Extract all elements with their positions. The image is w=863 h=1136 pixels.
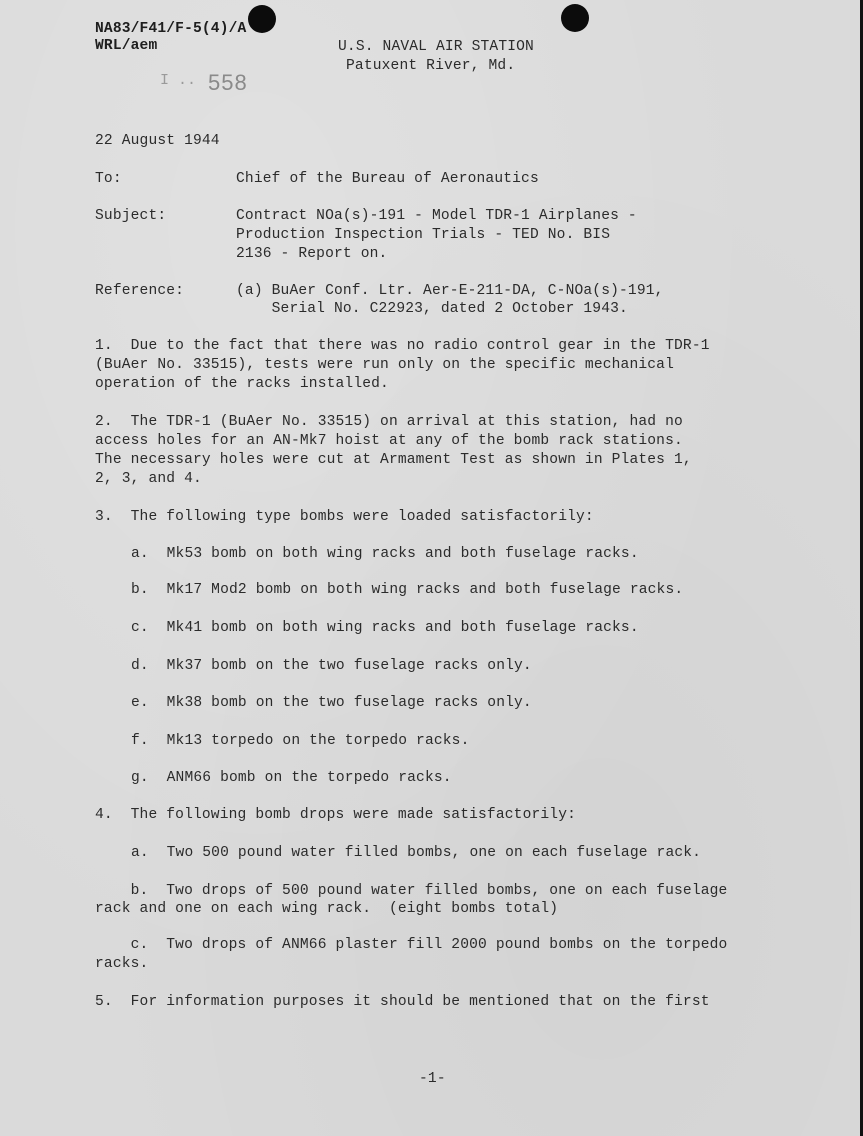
bomb-load-item: d. Mk37 bomb on the two fuselage racks o… <box>131 657 532 676</box>
paragraph-4-intro: 4. The following bomb drops were made sa… <box>95 806 576 825</box>
bomb-load-item: b. Mk17 Mod2 bomb on both wing racks and… <box>131 581 683 600</box>
station-location: Patuxent River, Md. <box>346 57 515 76</box>
reference-line: (a) BuAer Conf. Ltr. Aer-E-211-DA, C-NOa… <box>236 282 664 301</box>
bomb-load-item: e. Mk38 bomb on the two fuselage racks o… <box>131 694 532 713</box>
reference-label: Reference: <box>95 282 184 301</box>
subject-line: Contract NOa(s)-191 - Model TDR-1 Airpla… <box>236 207 637 226</box>
paragraph-3-intro: 3. The following type bombs were loaded … <box>95 508 594 527</box>
bomb-load-item: f. Mk13 torpedo on the torpedo racks. <box>131 732 470 751</box>
station-name: U.S. NAVAL AIR STATION <box>338 38 534 57</box>
paragraph-2-line: 2, 3, and 4. <box>95 470 202 489</box>
subject-line: 2136 - Report on. <box>236 245 387 264</box>
bomb-drop-item-c: c. Two drops of ANM66 plaster fill 2000 … <box>95 936 727 955</box>
bomb-load-item: a. Mk53 bomb on both wing racks and both… <box>131 545 639 564</box>
bomb-drop-item-b: rack and one on each wing rack. (eight b… <box>95 900 558 919</box>
letter-date: 22 August 1944 <box>95 132 220 151</box>
reference-line: Serial No. C22923, dated 2 October 1943. <box>236 300 628 319</box>
bomb-load-item: c. Mk41 bomb on both wing racks and both… <box>131 619 639 638</box>
paragraph-2-line: 2. The TDR-1 (BuAer No. 33515) on arriva… <box>95 413 683 432</box>
stamp-number: 558 <box>208 70 248 96</box>
to-value: Chief of the Bureau of Aeronautics <box>236 170 539 189</box>
bomb-load-item: g. ANM66 bomb on the torpedo racks. <box>131 769 452 788</box>
punch-hole-right <box>561 4 589 32</box>
paragraph-5-line: 5. For information purposes it should be… <box>95 993 710 1012</box>
bomb-drop-item-a: a. Two 500 pound water filled bombs, one… <box>131 844 701 863</box>
bomb-drop-item-c: racks. <box>95 955 148 974</box>
paragraph-1-line: 1. Due to the fact that there was no rad… <box>95 337 710 356</box>
page-number: -1- <box>419 1070 446 1089</box>
bomb-drop-item-b: b. Two drops of 500 pound water filled b… <box>95 882 727 901</box>
typist-initials: WRL/aem <box>95 37 157 56</box>
paragraph-1-line: operation of the racks installed. <box>95 375 389 394</box>
to-label: To: <box>95 170 122 189</box>
paragraph-1-line: (BuAer No. 33515), tests were run only o… <box>95 356 674 375</box>
document-page: NA83/F41/F-5(4)/A WRL/aem U.S. NAVAL AIR… <box>0 0 860 1136</box>
stamp-prefix: I .. <box>160 72 196 89</box>
punch-hole-left <box>248 5 276 33</box>
paragraph-2-line: access holes for an AN-Mk7 hoist at any … <box>95 432 683 451</box>
subject-line: Production Inspection Trials - TED No. B… <box>236 226 610 245</box>
paragraph-2-line: The necessary holes were cut at Armament… <box>95 451 692 470</box>
subject-label: Subject: <box>95 207 166 226</box>
